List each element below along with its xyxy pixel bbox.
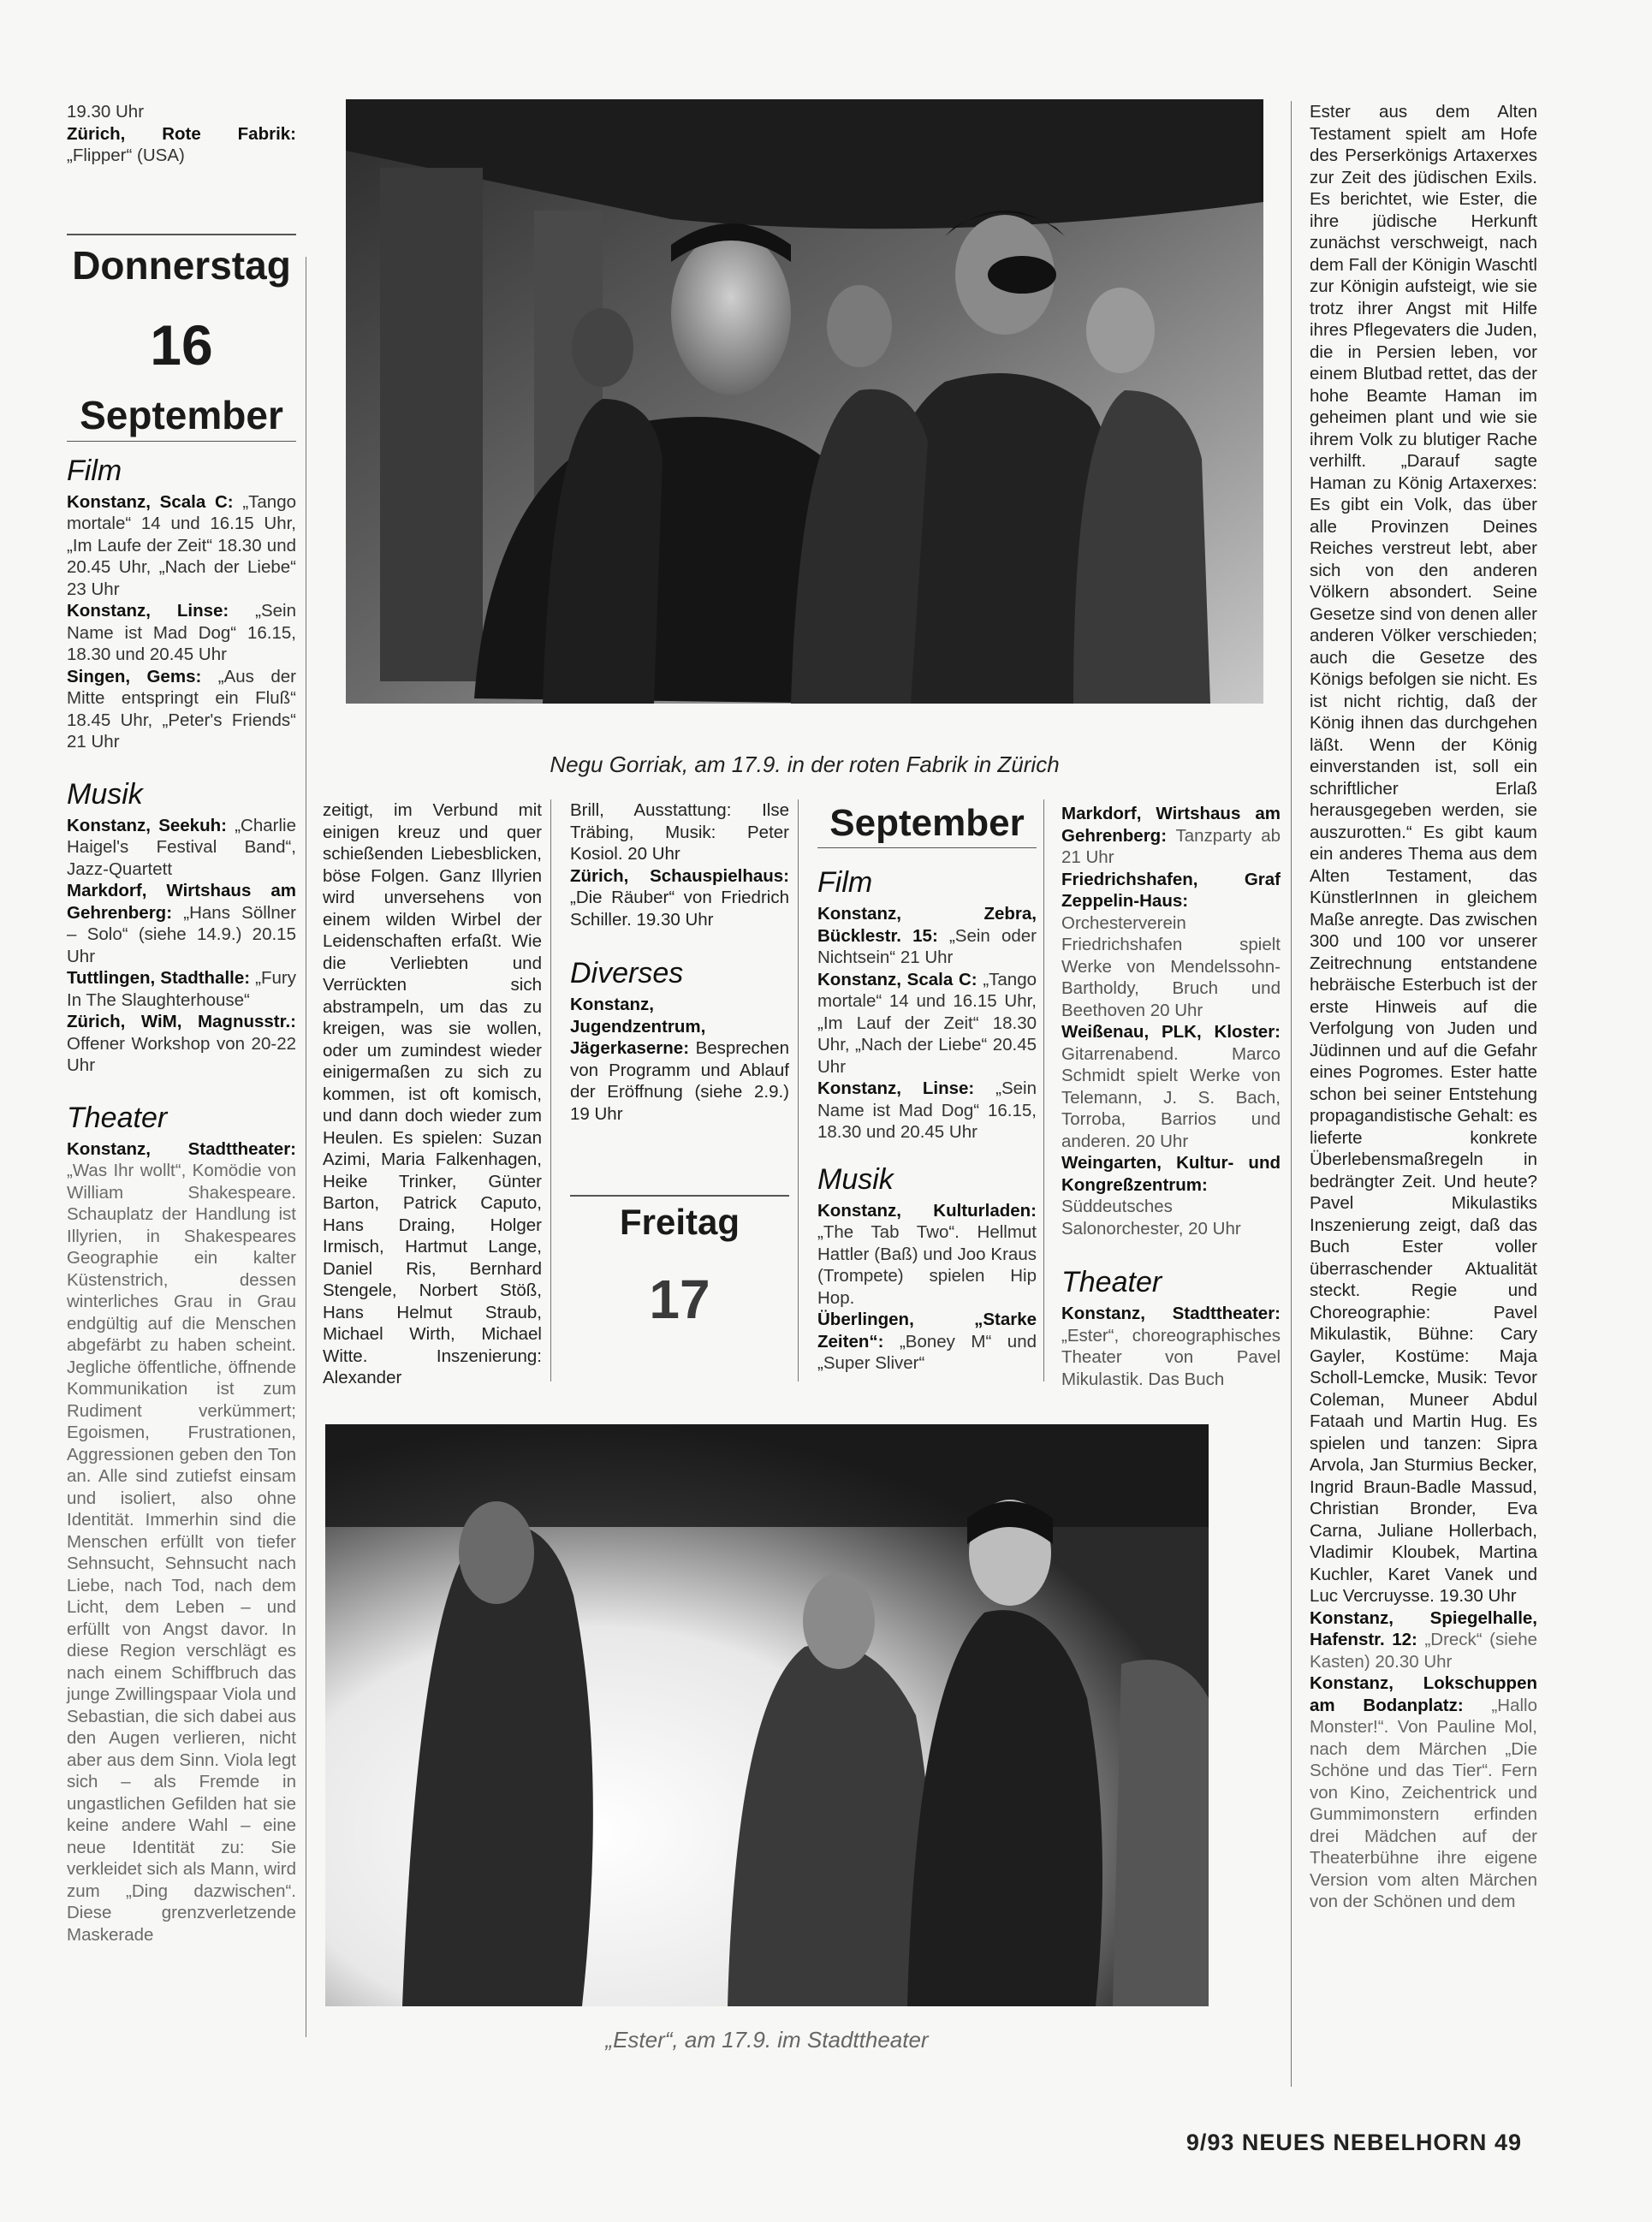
divider — [67, 234, 296, 235]
venue: Zürich, WiM, Magnusstr.: — [67, 1012, 296, 1031]
event-desc: Offener Workshop von 20-22 Uhr — [67, 1034, 296, 1076]
listing-entry: Konstanz, Seekuh: „Charlie Haigel's Fest… — [67, 815, 296, 881]
listing-entry: Konstanz, Scala C: „Tango mortale“ 14 un… — [817, 969, 1037, 1078]
venue: Konstanz, Linse: — [67, 601, 229, 621]
listing-entry: Konstanz, Lokschuppen am Bodanplatz: „Ha… — [1310, 1672, 1537, 1913]
venue: Konstanz, Scala C: — [817, 970, 978, 989]
section-heading-film: Film — [67, 454, 296, 488]
photo-image — [325, 1424, 1209, 2006]
thursday-dayhead: Donnerstag 16 September — [67, 234, 296, 442]
event-desc: „Hallo Monster!“. Von Pauline Mol, nach … — [1310, 1696, 1537, 1912]
listing-entry: Markdorf, Wirtshaus am Gehrenberg: Tanzp… — [1061, 803, 1281, 869]
photo-image — [346, 99, 1263, 704]
listing-entry: Zürich, Schauspielhaus: „Die Räuber“ von… — [570, 865, 789, 931]
event-desc: „The Tab Two“. Hellmut Hattler (Baß) und… — [817, 1222, 1037, 1308]
section-heading-film: Film — [817, 865, 1037, 900]
column-rule — [1043, 799, 1044, 1381]
issue-number: 9/93 — [1186, 2130, 1235, 2155]
venue: Tuttlingen, Stadthalle: — [67, 968, 250, 988]
listing-entry: Weingarten, Kultur- und Kongreßzentrum: … — [1061, 1152, 1281, 1239]
column-4: September Film Konstanz, Zebra, Bücklest… — [817, 799, 1037, 1375]
section-heading-diverses: Diverses — [570, 956, 789, 990]
page-footer: 9/93 NEUES NEBELHORN 49 — [1186, 2130, 1522, 2156]
venue: Konstanz, Kulturladen: — [817, 1201, 1037, 1221]
venue: Friedrichshafen, Graf Zeppelin-Haus: — [1061, 870, 1281, 912]
listing-entry: Konstanz, Jugendzentrum, Jägerkaserne: B… — [570, 994, 789, 1125]
ester-photo — [325, 1424, 1209, 2006]
photo-caption-top: Negu Gorriak, am 17.9. in der roten Fabr… — [346, 752, 1263, 778]
theater-listings: Konstanz, Stadttheater: „Was Ihr wollt“,… — [67, 1138, 296, 1946]
theater-continued: Ester aus dem Alten Testament spielt am … — [1310, 101, 1537, 1607]
listing-entry: Tuttlingen, Stadthalle: „Fury In The Sla… — [67, 967, 296, 1011]
listing-entry: Konstanz, Scala C: „Tango mortale“ 14 un… — [67, 491, 296, 601]
venue: Singen, Gems: — [67, 667, 201, 686]
venue: Zürich, Schauspielhaus: — [570, 866, 789, 886]
band-photo — [346, 99, 1263, 704]
film-listings: Konstanz, Scala C: „Tango mortale“ 14 un… — [67, 491, 296, 753]
listing-entry: Konstanz, Spiegelhalle, Hafenstr. 12: „D… — [1310, 1607, 1537, 1673]
month-heading: September — [817, 799, 1037, 847]
section-heading-musik: Musik — [67, 777, 296, 811]
divider — [817, 847, 1037, 848]
day-number: 17 — [570, 1265, 789, 1334]
carryover-time: 19.30 Uhr — [67, 101, 296, 123]
event-desc: „Flipper“ (USA) — [67, 146, 185, 165]
listing-entry: Weißenau, PLK, Kloster: Gitarrenabend. M… — [1061, 1021, 1281, 1152]
listing-entry: Friedrichshafen, Graf Zeppelin-Haus: Orc… — [1061, 869, 1281, 1022]
magazine-name: NEUES NEBELHORN — [1242, 2130, 1488, 2155]
listing-entry: Konstanz, Linse: „Sein Name ist Mad Dog“… — [67, 600, 296, 666]
listing-entry: Konstanz, Linse: „Sein Name ist Mad Dog“… — [817, 1078, 1037, 1144]
column-3: Brill, Ausstattung: Ilse Träbing, Musik:… — [570, 799, 789, 1334]
theater-continued: zeitigt, im Verbund mit einigen kreuz un… — [323, 799, 542, 1389]
day-number: 16 — [67, 311, 296, 379]
listing-entry: Konstanz, Zebra, Bücklestr. 15: „Sein od… — [817, 903, 1037, 969]
section-heading-theater: Theater — [1061, 1265, 1281, 1299]
divider — [570, 1195, 789, 1197]
page-number: 49 — [1495, 2130, 1522, 2155]
column-rule — [1291, 101, 1292, 2087]
venue: Konstanz, Seekuh: — [67, 816, 227, 835]
venue: Konstanz, Linse: — [817, 1078, 974, 1098]
column-rule — [306, 257, 306, 2037]
venue: Konstanz, Scala C: — [67, 492, 234, 512]
column-2: zeitigt, im Verbund mit einigen kreuz un… — [323, 799, 542, 1389]
venue: Weingarten, Kultur- und Kongreßzentrum: — [1061, 1153, 1281, 1195]
event-desc: Süddeutsches Salonorchester, 20 Uhr — [1061, 1197, 1241, 1239]
column-rule — [798, 799, 799, 1381]
event-desc: „Ester“, choreographisches Theater von P… — [1061, 1326, 1281, 1389]
carryover-entry: Zürich, Rote Fabrik: „Flipper“ (USA) — [67, 123, 296, 167]
venue: Konstanz, Stadttheater: — [1061, 1304, 1281, 1323]
event-desc: Orchesterverein Friedrichshafen spielt W… — [1061, 913, 1281, 1020]
listing-entry: Konstanz, Kulturladen: „The Tab Two“. He… — [817, 1200, 1037, 1310]
section-heading-musik: Musik — [817, 1162, 1037, 1197]
event-desc: „Die Räuber“ von Friedrich Schiller. 19.… — [570, 888, 789, 930]
listing-entry: Markdorf, Wirtshaus am Gehrenberg: „Hans… — [67, 880, 296, 967]
theater-continued: Brill, Ausstattung: Ilse Träbing, Musik:… — [570, 799, 789, 865]
section-heading-theater: Theater — [67, 1101, 296, 1135]
listing-entry: Konstanz, Stadttheater: „Ester“, choreog… — [1061, 1303, 1281, 1390]
venue: Weißenau, PLK, Kloster: — [1061, 1022, 1281, 1042]
photo-caption-bottom: „Ester“, am 17.9. im Stadttheater — [325, 2027, 1209, 2053]
friday-dayhead: Freitag 17 — [570, 1195, 789, 1334]
column-6: Ester aus dem Alten Testament spielt am … — [1310, 101, 1537, 1913]
month-heading: September — [67, 389, 296, 441]
listing-entry: Konstanz, Stadttheater: „Was Ihr wollt“,… — [67, 1138, 296, 1946]
weekday-heading: Freitag — [570, 1198, 789, 1246]
venue: Konstanz, Stadttheater: — [67, 1139, 296, 1159]
column-5: Markdorf, Wirtshaus am Gehrenberg: Tanzp… — [1061, 803, 1281, 1390]
venue: Konstanz, Jugendzentrum, Jägerkaserne: — [570, 995, 705, 1058]
column-1: 19.30 Uhr Zürich, Rote Fabrik: „Flipper“… — [67, 101, 296, 1946]
divider — [67, 441, 296, 442]
listing-entry: Überlingen, „Starke Zeiten“: „Boney M“ u… — [817, 1309, 1037, 1375]
listing-entry: Zürich, WiM, Magnusstr.: Offener Worksho… — [67, 1011, 296, 1077]
event-desc: Gitarrenabend. Marco Schmidt spielt Werk… — [1061, 1044, 1281, 1151]
weekday-heading: Donnerstag — [67, 239, 296, 292]
column-rule — [550, 799, 551, 1381]
venue: Zürich, Rote Fabrik: — [67, 124, 296, 144]
listing-entry: Singen, Gems: „Aus der Mitte entspringt … — [67, 666, 296, 753]
musik-listings: Konstanz, Seekuh: „Charlie Haigel's Fest… — [67, 815, 296, 1077]
event-desc: „Was Ihr wollt“, Komödie von William Sha… — [67, 1161, 296, 1945]
